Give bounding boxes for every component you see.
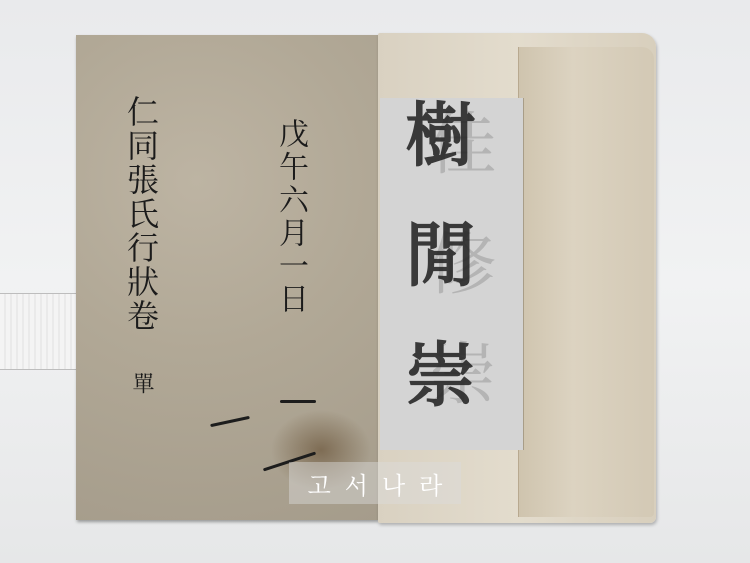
ink-character: 崇 bbox=[400, 338, 470, 408]
date-inscription: 戊午六月一日 bbox=[268, 118, 312, 316]
book-title: 仁同張氏行狀卷 bbox=[118, 95, 164, 333]
adhesive-tape bbox=[0, 293, 82, 370]
watermark: 고서나라 bbox=[289, 462, 461, 504]
ink-stroke bbox=[280, 400, 316, 403]
printed-paper-strip: 佳 修 崇 樹 閒 崇 bbox=[380, 98, 524, 450]
inner-flap bbox=[518, 47, 654, 517]
volume-mark: 單 bbox=[126, 372, 157, 394]
ink-character: 樹 bbox=[400, 98, 470, 168]
ink-character: 閒 bbox=[400, 218, 470, 288]
